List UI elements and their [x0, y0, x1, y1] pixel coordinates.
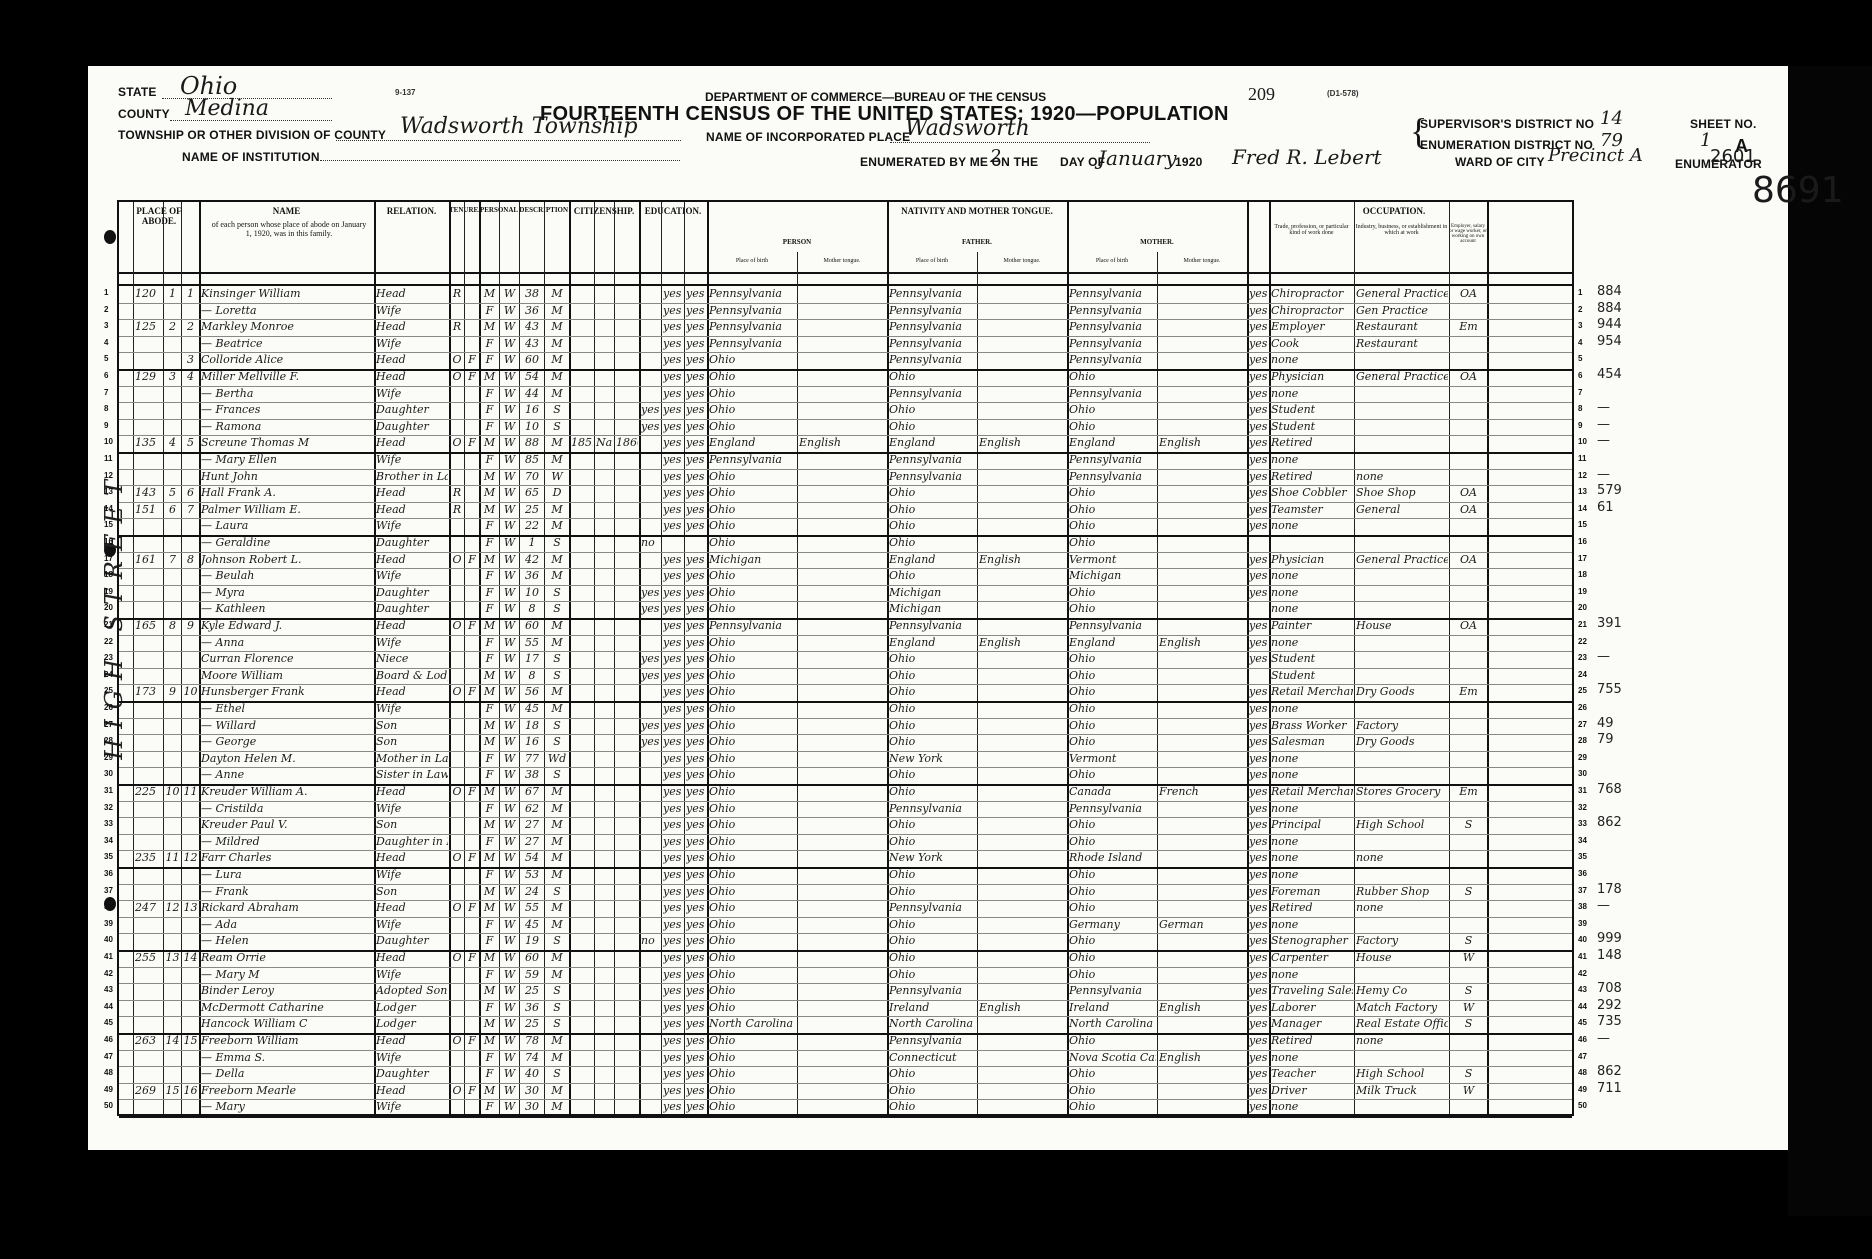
- cell-name: — Anna: [201, 635, 373, 652]
- cell-mortgage: [466, 568, 478, 585]
- cell-name: Curran Florence: [201, 651, 373, 668]
- cell-nat: [596, 1050, 613, 1067]
- cell-family: 12: [183, 850, 198, 867]
- cell-name: Hancock William C: [201, 1016, 373, 1033]
- cell-school: yes: [641, 585, 660, 602]
- cell-trade: Salesman: [1271, 734, 1353, 751]
- cell-ftongue: [979, 1016, 1066, 1033]
- institution-label: NAME OF INSTITUTION: [182, 150, 320, 164]
- line-number-left: 27: [104, 720, 113, 729]
- line-number-right: 31: [1578, 786, 1587, 795]
- cell-imm: [571, 402, 593, 419]
- margin-annotation: 735: [1597, 1014, 1622, 1029]
- cell-mtongue: [1159, 933, 1246, 950]
- cell-imm: [571, 850, 593, 867]
- cell-imm: [571, 352, 593, 369]
- line-number-right: 15: [1578, 520, 1587, 529]
- cell-mortgage: [466, 1000, 478, 1017]
- cell-pob: Ohio: [709, 900, 796, 917]
- cell-sex: F: [481, 834, 498, 851]
- cell-mtongue: [1159, 369, 1246, 386]
- cell-emp: [1451, 386, 1486, 403]
- cell-imm: [571, 502, 593, 519]
- cell-industry: [1356, 801, 1448, 818]
- cell-age: 85: [521, 452, 543, 469]
- cell-mpob: Ohio: [1069, 668, 1156, 685]
- county-line: [170, 120, 332, 121]
- line-number-left: 16: [104, 537, 113, 546]
- cell-natyr: [616, 303, 638, 320]
- cell-name: — Mildred: [201, 834, 373, 851]
- cell-name: McDermott Catharine: [201, 1000, 373, 1017]
- cell-school: yes: [641, 734, 660, 751]
- margin-annotation: 454: [1597, 367, 1622, 382]
- cell-relation: Wife: [376, 303, 448, 320]
- cell-pob: Ohio: [709, 834, 796, 851]
- cell-trade: Cook: [1271, 336, 1353, 353]
- cell-nat: [596, 585, 613, 602]
- cell-read: yes: [663, 884, 683, 901]
- cell-age: 54: [521, 369, 543, 386]
- cell-natyr: [616, 452, 638, 469]
- header-person-birth: Place of birth: [707, 258, 797, 264]
- cell-mortgage: F: [466, 1083, 478, 1100]
- cell-english: yes: [1249, 568, 1268, 585]
- cell-industry: [1356, 751, 1448, 768]
- cell-ftongue: [979, 884, 1066, 901]
- cell-nat: [596, 535, 613, 552]
- cell-natyr: [616, 784, 638, 801]
- line-number-left: 23: [104, 653, 113, 662]
- cell-natyr: [616, 651, 638, 668]
- cell-family: [183, 568, 198, 585]
- cell-relation: Wife: [376, 336, 448, 353]
- cell-trade: Stenographer: [1271, 933, 1353, 950]
- cell-dwelling: 15: [165, 1083, 180, 1100]
- cell-ptongue: [799, 1016, 886, 1033]
- cell-school: [641, 568, 660, 585]
- department-header: DEPARTMENT OF COMMERCE—BUREAU OF THE CEN…: [705, 90, 1046, 104]
- cell-english: yes: [1249, 933, 1268, 950]
- cell-color: W: [501, 917, 518, 934]
- cell-ftongue: [979, 867, 1066, 884]
- cell-house: [135, 601, 162, 618]
- cell-fpob: Ohio: [889, 950, 976, 967]
- cell-family: [183, 751, 198, 768]
- cell-marital: M: [546, 336, 568, 353]
- cell-tenure: O: [451, 352, 463, 369]
- cell-fpob: Pennsylvania: [889, 801, 976, 818]
- cell-read: yes: [663, 651, 683, 668]
- cell-trade: none: [1271, 568, 1353, 585]
- cell-natyr: [616, 1050, 638, 1067]
- cell-mpob: Ohio: [1069, 933, 1156, 950]
- cell-school: [641, 767, 660, 784]
- cell-school: [641, 469, 660, 486]
- cell-natyr: [616, 568, 638, 585]
- cell-sex: M: [481, 435, 498, 452]
- cell-trade: Employer: [1271, 319, 1353, 336]
- cell-trade: Manager: [1271, 1016, 1353, 1033]
- cell-industry: [1356, 419, 1448, 436]
- cell-school: [641, 352, 660, 369]
- cell-school: yes: [641, 402, 660, 419]
- cell-imm: [571, 734, 593, 751]
- cell-house: 255: [135, 950, 162, 967]
- margin-annotation: 999: [1597, 931, 1622, 946]
- cell-fpob: Pennsylvania: [889, 983, 976, 1000]
- cell-english: yes: [1249, 850, 1268, 867]
- cell-ftongue: [979, 352, 1066, 369]
- cell-ptongue: [799, 1050, 886, 1067]
- incorporated-place-line: [890, 142, 1150, 143]
- cell-age: 38: [521, 767, 543, 784]
- cell-english: yes: [1249, 635, 1268, 652]
- cell-name: — Mary M: [201, 967, 373, 984]
- cell-write: yes: [686, 435, 706, 452]
- cell-emp: [1451, 568, 1486, 585]
- cell-trade: Foreman: [1271, 884, 1353, 901]
- cell-house: [135, 402, 162, 419]
- cell-sex: M: [481, 469, 498, 486]
- cell-imm: [571, 419, 593, 436]
- cell-mortgage: [466, 303, 478, 320]
- cell-relation: Son: [376, 884, 448, 901]
- cell-tenure: [451, 751, 463, 768]
- cell-ptongue: [799, 369, 886, 386]
- cell-mpob: Ohio: [1069, 585, 1156, 602]
- cell-relation: Head: [376, 950, 448, 967]
- cell-family: [183, 967, 198, 984]
- cell-house: [135, 817, 162, 834]
- margin-annotation: 755: [1597, 682, 1622, 697]
- cell-fpob: Michigan: [889, 601, 976, 618]
- cell-write: yes: [686, 917, 706, 934]
- line-number-right: 1: [1578, 288, 1582, 297]
- cell-house: [135, 1066, 162, 1083]
- cell-dwelling: 12: [165, 900, 180, 917]
- cell-house: 247: [135, 900, 162, 917]
- cell-tenure: [451, 734, 463, 751]
- cell-marital: S: [546, 884, 568, 901]
- cell-mortgage: [466, 1066, 478, 1083]
- line-number-left: 28: [104, 736, 113, 745]
- cell-ptongue: [799, 419, 886, 436]
- cell-age: 17: [521, 651, 543, 668]
- cell-write: yes: [686, 319, 706, 336]
- cell-name: — Mary Ellen: [201, 452, 373, 469]
- cell-family: [183, 651, 198, 668]
- cell-name: Colloride Alice: [201, 352, 373, 369]
- cell-nat: [596, 303, 613, 320]
- line-number-right: 16: [1578, 537, 1587, 546]
- cell-house: 235: [135, 850, 162, 867]
- line-number-left: 13: [104, 487, 113, 496]
- cell-relation: Son: [376, 817, 448, 834]
- cell-english: yes: [1249, 402, 1268, 419]
- cell-tenure: [451, 867, 463, 884]
- cell-read: yes: [663, 767, 683, 784]
- cell-color: W: [501, 419, 518, 436]
- cell-ftongue: [979, 469, 1066, 486]
- cell-name: — Myra: [201, 585, 373, 602]
- cell-mortgage: [466, 452, 478, 469]
- cell-family: [183, 834, 198, 851]
- cell-sex: F: [481, 518, 498, 535]
- cell-industry: General Practice: [1356, 286, 1448, 303]
- cell-mpob: Ohio: [1069, 601, 1156, 618]
- cell-name: Kreuder Paul V.: [201, 817, 373, 834]
- cell-sex: M: [481, 884, 498, 901]
- margin-annotation: —: [1597, 649, 1610, 664]
- cell-relation: Head: [376, 1033, 448, 1050]
- cell-english: [1249, 535, 1268, 552]
- cell-name: Markley Monroe: [201, 319, 373, 336]
- cell-color: W: [501, 568, 518, 585]
- margin-annotation: 768: [1597, 782, 1622, 797]
- cell-nat: [596, 1016, 613, 1033]
- cell-age: 88: [521, 435, 543, 452]
- cell-fpob: New York: [889, 751, 976, 768]
- cell-imm: [571, 485, 593, 502]
- cell-natyr: [616, 917, 638, 934]
- cell-trade: none: [1271, 1050, 1353, 1067]
- cell-trade: Student: [1271, 651, 1353, 668]
- cell-fpob: Ohio: [889, 834, 976, 851]
- cell-family: [183, 718, 198, 735]
- cell-house: 129: [135, 369, 162, 386]
- cell-mtongue: English: [1159, 635, 1246, 652]
- cell-mpob: Canada: [1069, 784, 1156, 801]
- cell-marital: M: [546, 684, 568, 701]
- cell-english: yes: [1249, 1066, 1268, 1083]
- cell-tenure: [451, 303, 463, 320]
- cell-house: [135, 834, 162, 851]
- cell-natyr: [616, 967, 638, 984]
- cell-read: yes: [663, 784, 683, 801]
- cell-imm: [571, 900, 593, 917]
- cell-marital: M: [546, 850, 568, 867]
- cell-relation: Wife: [376, 967, 448, 984]
- cell-mtongue: [1159, 502, 1246, 519]
- cell-english: yes: [1249, 734, 1268, 751]
- cell-color: W: [501, 635, 518, 652]
- margin-annotation: —: [1597, 467, 1610, 482]
- cell-mtongue: [1159, 452, 1246, 469]
- cell-sex: M: [481, 684, 498, 701]
- cell-ptongue: [799, 933, 886, 950]
- cell-mortgage: [466, 917, 478, 934]
- cell-color: W: [501, 1066, 518, 1083]
- cell-emp: [1451, 601, 1486, 618]
- table-row: Dayton Helen M.Mother in LawFW77Wdyesyes…: [119, 751, 1572, 768]
- cell-age: 42: [521, 552, 543, 569]
- cell-school: [641, 485, 660, 502]
- table-row: 16589Kyle Edward J.HeadOFMW60MyesyesPenn…: [119, 618, 1572, 635]
- table-row: — Emma S.WifeFW74MyesyesOhioConnecticutN…: [119, 1050, 1572, 1067]
- cell-pob: Ohio: [709, 701, 796, 718]
- supervisor-district-label: SUPERVISOR'S DISTRICT NO: [1420, 117, 1594, 131]
- cell-mpob: Pennsylvania: [1069, 469, 1156, 486]
- line-number-left: 10: [104, 437, 113, 446]
- cell-mortgage: [466, 668, 478, 685]
- cell-fpob: Pennsylvania: [889, 618, 976, 635]
- cell-school: [641, 834, 660, 851]
- cell-read: yes: [663, 684, 683, 701]
- cell-color: W: [501, 1033, 518, 1050]
- cell-dwelling: 7: [165, 552, 180, 569]
- cell-name: — George: [201, 734, 373, 751]
- cell-marital: M: [546, 1083, 568, 1100]
- line-number-left: 8: [104, 404, 108, 413]
- cell-name: — Ada: [201, 917, 373, 934]
- cell-age: 62: [521, 801, 543, 818]
- cell-ptongue: [799, 352, 886, 369]
- cell-read: yes: [663, 369, 683, 386]
- cell-read: yes: [663, 452, 683, 469]
- cell-trade: Teacher: [1271, 1066, 1353, 1083]
- cell-ftongue: [979, 419, 1066, 436]
- sheet-label: SHEET NO.: [1690, 117, 1756, 131]
- cell-mpob: Pennsylvania: [1069, 452, 1156, 469]
- cell-ftongue: [979, 1099, 1066, 1116]
- cell-dwelling: [165, 867, 180, 884]
- cell-family: [183, 668, 198, 685]
- cell-age: 8: [521, 668, 543, 685]
- line-number-left: 22: [104, 637, 113, 646]
- cell-color: W: [501, 900, 518, 917]
- cell-emp: OA: [1451, 485, 1486, 502]
- cell-name: Hunsberger Frank: [201, 684, 373, 701]
- cell-tenure: [451, 983, 463, 1000]
- table-row: — WillardSonMW18SyesyesyesOhioOhioOhioye…: [119, 718, 1572, 735]
- cell-tenure: O: [451, 435, 463, 452]
- cell-age: 38: [521, 286, 543, 303]
- cell-pob: Ohio: [709, 933, 796, 950]
- cell-tenure: R: [451, 286, 463, 303]
- cell-age: 16: [521, 734, 543, 751]
- cell-imm: [571, 568, 593, 585]
- cell-relation: Board & Lodger: [376, 668, 448, 685]
- cell-tenure: [451, 834, 463, 851]
- cell-age: 45: [521, 701, 543, 718]
- cell-mtongue: [1159, 950, 1246, 967]
- cell-age: 74: [521, 1050, 543, 1067]
- cell-tenure: [451, 601, 463, 618]
- institution-line: [320, 160, 680, 161]
- cell-mortgage: [466, 419, 478, 436]
- cell-age: 67: [521, 784, 543, 801]
- cell-read: yes: [663, 568, 683, 585]
- cell-natyr: [616, 518, 638, 535]
- table-row: 2551314Ream OrrieHeadOFMW60MyesyesOhioOh…: [119, 950, 1572, 967]
- cell-sex: M: [481, 784, 498, 801]
- cell-tenure: O: [451, 552, 463, 569]
- cell-english: yes: [1249, 352, 1268, 369]
- cell-ptongue: [799, 336, 886, 353]
- cell-sex: M: [481, 983, 498, 1000]
- cell-english: yes: [1249, 718, 1268, 735]
- cell-emp: [1451, 751, 1486, 768]
- cell-family: [183, 1000, 198, 1017]
- cell-read: yes: [663, 485, 683, 502]
- cell-school: [641, 801, 660, 818]
- cell-ptongue: [799, 618, 886, 635]
- line-number-right: 25: [1578, 686, 1587, 695]
- cell-ftongue: [979, 751, 1066, 768]
- incorporated-place-value: Wadsworth: [905, 116, 1030, 141]
- line-number-left: 20: [104, 603, 113, 612]
- cell-relation: Head: [376, 1083, 448, 1100]
- cell-trade: [1271, 535, 1353, 552]
- table-row: — KathleenDaughterFW8SyesyesyesOhioMichi…: [119, 601, 1572, 618]
- cell-trade: none: [1271, 352, 1353, 369]
- line-number-right: 49: [1578, 1085, 1587, 1094]
- cell-emp: [1451, 967, 1486, 984]
- cell-marital: S: [546, 718, 568, 735]
- table-row: — Mary MWifeFW59MyesyesOhioOhioOhioyesno…: [119, 967, 1572, 984]
- cell-house: [135, 651, 162, 668]
- line-number-left: 4: [104, 338, 108, 347]
- line-number-right: 43: [1578, 985, 1587, 994]
- enumeration-day: 2: [990, 146, 1001, 167]
- cell-ftongue: [979, 452, 1066, 469]
- cell-ftongue: [979, 767, 1066, 784]
- cell-mtongue: [1159, 1033, 1246, 1050]
- cell-school: [641, 884, 660, 901]
- table-row: — FrankSonMW24SyesyesOhioOhioOhioyesFore…: [119, 884, 1572, 901]
- cell-relation: Wife: [376, 1099, 448, 1116]
- line-number-left: 30: [104, 769, 113, 778]
- cell-age: 70: [521, 469, 543, 486]
- cell-marital: S: [546, 767, 568, 784]
- cell-pob: Ohio: [709, 502, 796, 519]
- cell-name: — Beulah: [201, 568, 373, 585]
- cell-dwelling: 1: [165, 286, 180, 303]
- cell-ptongue: [799, 950, 886, 967]
- cell-read: yes: [663, 518, 683, 535]
- cell-marital: M: [546, 801, 568, 818]
- line-number-right: 39: [1578, 919, 1587, 928]
- cell-sex: F: [481, 751, 498, 768]
- cell-industry: [1356, 601, 1448, 618]
- cell-dwelling: [165, 452, 180, 469]
- ward-label: WARD OF CITY: [1455, 155, 1545, 169]
- cell-age: 56: [521, 684, 543, 701]
- cell-nat: [596, 635, 613, 652]
- cell-tenure: O: [451, 1033, 463, 1050]
- cell-tenure: [451, 419, 463, 436]
- header-father-birth: Place of birth: [887, 258, 977, 264]
- cell-color: W: [501, 817, 518, 834]
- cell-industry: House: [1356, 618, 1448, 635]
- table-row: — Mary EllenWifeFW85MyesyesPennsylvaniaP…: [119, 452, 1572, 469]
- cell-nat: [596, 1000, 613, 1017]
- cell-family: 15: [183, 1033, 198, 1050]
- cell-mortgage: F: [466, 784, 478, 801]
- line-number-left: 29: [104, 753, 113, 762]
- cell-fpob: Ohio: [889, 369, 976, 386]
- cell-dwelling: 9: [165, 684, 180, 701]
- line-number-right: 30: [1578, 769, 1587, 778]
- cell-read: yes: [663, 900, 683, 917]
- line-number-left: 19: [104, 587, 113, 596]
- cell-natyr: [616, 469, 638, 486]
- cell-relation: Head: [376, 784, 448, 801]
- cell-family: [183, 303, 198, 320]
- cell-marital: S: [546, 933, 568, 950]
- cell-pob: Ohio: [709, 386, 796, 403]
